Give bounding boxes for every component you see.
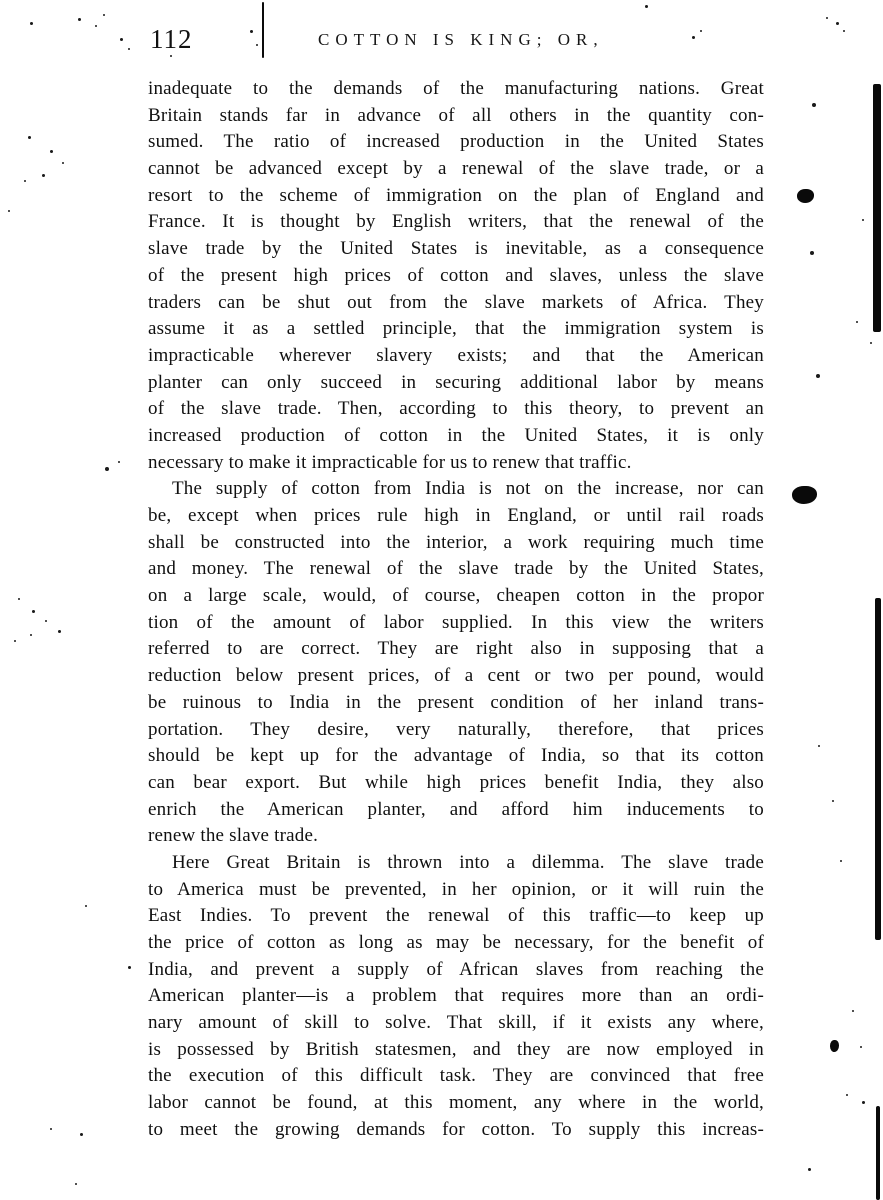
text-line: be, except when prices rule high in Engl…	[148, 503, 764, 530]
dust-speck	[128, 48, 130, 50]
text-line: of the present high prices of cotton and…	[148, 263, 764, 290]
text-line: traders can be shut out from the slave m…	[148, 290, 764, 317]
text-line: nary amount of skill to solve. That skil…	[148, 1010, 764, 1037]
text-line: reduction below present prices, of a cen…	[148, 663, 764, 690]
text-line: increased production of cotton in the Un…	[148, 423, 764, 450]
text-line: labor cannot be found, at this moment, a…	[148, 1090, 764, 1117]
dust-speck	[14, 640, 16, 642]
dust-speck	[18, 598, 20, 600]
dust-speck	[256, 44, 258, 46]
dust-speck	[80, 1133, 83, 1136]
dust-speck	[50, 150, 53, 153]
dust-speck	[85, 905, 87, 907]
dust-speck	[862, 219, 864, 221]
text-line: should be kept up for the advantage of I…	[148, 743, 764, 770]
dust-speck	[816, 374, 820, 378]
dust-speck	[852, 1010, 854, 1012]
text-line: The supply of cotton from India is not o…	[148, 476, 764, 503]
dust-speck	[818, 745, 820, 747]
dust-speck	[840, 860, 842, 862]
dust-speck	[42, 174, 45, 177]
dust-speck	[58, 630, 61, 633]
dust-speck	[810, 251, 814, 255]
dust-speck	[75, 1183, 77, 1185]
dust-speck	[808, 1168, 811, 1171]
text-line: impracticable wherever slavery exists; a…	[148, 343, 764, 370]
dust-speck	[700, 30, 702, 32]
text-line: resort to the scheme of immigration on t…	[148, 183, 764, 210]
ink-blob	[830, 1040, 839, 1052]
dust-speck	[812, 103, 816, 107]
text-line: inadequate to the demands of the manufac…	[148, 76, 764, 103]
dust-speck	[118, 461, 120, 463]
dust-speck	[45, 620, 47, 622]
text-block: inadequate to the demands of the manufac…	[148, 76, 764, 1144]
dust-speck	[78, 18, 81, 21]
text-line: American planter—is a problem that requi…	[148, 983, 764, 1010]
dust-speck	[30, 634, 32, 636]
dust-speck	[843, 30, 845, 32]
text-line: France. It is thought by English writers…	[148, 209, 764, 236]
dust-speck	[862, 1101, 865, 1104]
text-line: Here Great Britain is thrown into a dile…	[148, 850, 764, 877]
dust-speck	[832, 800, 834, 802]
scan-streak	[873, 84, 881, 332]
scan-streak	[262, 2, 264, 58]
dust-speck	[860, 1046, 862, 1048]
dust-speck	[50, 1128, 52, 1130]
page-number: 112	[150, 24, 193, 55]
text-line: assume it as a settled principle, that t…	[148, 316, 764, 343]
text-line: cannot be advanced except by a renewal o…	[148, 156, 764, 183]
text-line: renew the slave trade.	[148, 823, 764, 850]
dust-speck	[128, 966, 131, 969]
dust-speck	[28, 136, 31, 139]
scan-streak	[876, 1106, 880, 1200]
text-line: the price of cotton as long as may be ne…	[148, 930, 764, 957]
text-line: the execution of this difficult task. Th…	[148, 1063, 764, 1090]
text-line: is possessed by British statesmen, and t…	[148, 1037, 764, 1064]
text-line: portation. They desire, very naturally, …	[148, 717, 764, 744]
text-line: to America must be prevented, in her opi…	[148, 877, 764, 904]
dust-speck	[24, 180, 26, 182]
dust-speck	[62, 162, 64, 164]
text-line: and money. The renewal of the slave trad…	[148, 556, 764, 583]
text-line: sumed. The ratio of increased production…	[148, 129, 764, 156]
dust-speck	[103, 14, 105, 16]
text-line: referred to are correct. They are right …	[148, 636, 764, 663]
dust-speck	[856, 321, 858, 323]
ink-blob	[797, 189, 814, 203]
text-line: necessary to make it impracticable for u…	[148, 450, 764, 477]
dust-speck	[32, 610, 35, 613]
text-line: Britain stands far in advance of all oth…	[148, 103, 764, 130]
text-line: enrich the American planter, and afford …	[148, 797, 764, 824]
dust-speck	[836, 22, 839, 25]
dust-speck	[250, 30, 253, 33]
ink-blob	[792, 486, 817, 504]
dust-speck	[692, 36, 695, 39]
text-line: tion of the amount of labor supplied. In…	[148, 610, 764, 637]
text-line: India, and prevent a supply of African s…	[148, 957, 764, 984]
dust-speck	[105, 467, 109, 471]
text-line: can bear export. But while high prices b…	[148, 770, 764, 797]
text-line: be ruinous to India in the present condi…	[148, 690, 764, 717]
text-line: shall be constructed into the interior, …	[148, 530, 764, 557]
text-line: on a large scale, would, of course, chea…	[148, 583, 764, 610]
scanned-book-page: 112 COTTON IS KING; OR, inadequate to th…	[0, 0, 883, 1200]
text-line: East Indies. To prevent the renewal of t…	[148, 903, 764, 930]
dust-speck	[846, 1094, 848, 1096]
dust-speck	[30, 22, 33, 25]
dust-speck	[120, 38, 123, 41]
text-line: of the slave trade. Then, according to t…	[148, 396, 764, 423]
text-line: slave trade by the United States is inev…	[148, 236, 764, 263]
dust-speck	[645, 5, 648, 8]
running-head: COTTON IS KING; OR,	[318, 30, 604, 50]
text-line: to meet the growing demands for cotton. …	[148, 1117, 764, 1144]
dust-speck	[95, 25, 97, 27]
dust-speck	[8, 210, 10, 212]
dust-speck	[870, 342, 872, 344]
dust-speck	[826, 17, 828, 19]
text-line: planter can only succeed in securing add…	[148, 370, 764, 397]
dust-speck	[170, 55, 172, 57]
scan-streak	[875, 598, 881, 940]
